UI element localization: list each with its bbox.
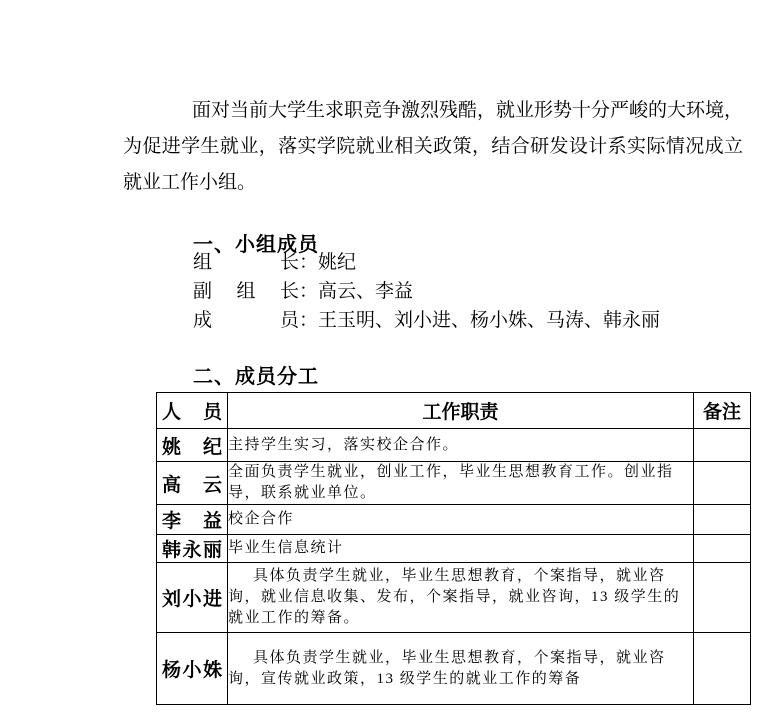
note-cell [694, 563, 751, 633]
header-person: 人员 [157, 393, 228, 429]
duty-cell: 主持学生实习，落实校企合作。 [228, 429, 694, 462]
intro-paragraph: 面对当前大学生求职竞争激烈残酷，就业形势十分严峻的大环境，为促进学生就业，落实学… [123, 93, 743, 201]
colon: ： [299, 310, 318, 331]
role-label: 成员 [193, 306, 299, 335]
member-roles-list: 组长：姚纪 副组长：高云、李益 成员：王玉明、刘小进、杨小姝、马涛、韩永丽 [193, 248, 660, 335]
note-cell [694, 535, 751, 563]
person-cell: 刘小进 [157, 563, 228, 633]
duty-cell: 具体负责学生就业，毕业生思想教育，个案指导，就业咨询，宣传就业政策，13 级学生… [228, 633, 694, 705]
table-row: 杨小姝 具体负责学生就业，毕业生思想教育，个案指导，就业咨询，宣传就业政策，13… [157, 633, 751, 705]
duty-cell: 全面负责学生就业，创业工作，毕业生思想教育工作。创业指导，联系就业单位。 [228, 462, 694, 505]
person-cell: 杨小姝 [157, 633, 228, 705]
person-name: 韩永丽 [162, 535, 222, 562]
role-names: 王玉明、刘小进、杨小姝、马涛、韩永丽 [318, 310, 660, 331]
person-name: 李益 [162, 506, 222, 533]
table-header-row: 人员 工作职责 备注 [157, 393, 751, 429]
note-cell [694, 429, 751, 462]
role-names: 姚纪 [318, 252, 356, 273]
role-line-leader: 组长：姚纪 [193, 248, 660, 277]
person-name: 杨小姝 [162, 655, 222, 682]
person-cell: 李益 [157, 505, 228, 535]
person-name: 姚纪 [162, 432, 222, 459]
role-label: 副组长 [193, 277, 299, 306]
duty-cell: 具体负责学生就业，毕业生思想教育，个案指导，就业咨询，就业信息收集、发布，个案指… [228, 563, 694, 633]
table-row: 高云 全面负责学生就业，创业工作，毕业生思想教育工作。创业指导，联系就业单位。 [157, 462, 751, 505]
table-row: 姚纪 主持学生实习，落实校企合作。 [157, 429, 751, 462]
header-notes: 备注 [694, 393, 751, 429]
header-person-label: 人员 [162, 397, 222, 424]
colon: ： [299, 281, 318, 302]
person-cell: 韩永丽 [157, 535, 228, 563]
role-label: 组长 [193, 248, 299, 277]
note-cell [694, 462, 751, 505]
duty-cell: 校企合作 [228, 505, 694, 535]
section2-heading: 二、成员分工 [193, 360, 319, 389]
table-row: 李益 校企合作 [157, 505, 751, 535]
duty-cell: 毕业生信息统计 [228, 535, 694, 563]
person-name: 刘小进 [162, 584, 222, 611]
role-line-deputy-leader: 副组长：高云、李益 [193, 277, 660, 306]
role-line-members: 成员：王玉明、刘小进、杨小姝、马涛、韩永丽 [193, 306, 660, 335]
header-duties: 工作职责 [228, 393, 694, 429]
role-names: 高云、李益 [318, 281, 413, 302]
table-row: 刘小进 具体负责学生就业，毕业生思想教育，个案指导，就业咨询，就业信息收集、发布… [157, 563, 751, 633]
table-row: 韩永丽 毕业生信息统计 [157, 535, 751, 563]
note-cell [694, 633, 751, 705]
colon: ： [299, 252, 318, 273]
person-name: 高云 [162, 470, 222, 497]
duties-table: 人员 工作职责 备注 姚纪 主持学生实习，落实校企合作。 高云 全面负责学生就业… [156, 392, 751, 705]
person-cell: 姚纪 [157, 429, 228, 462]
note-cell [694, 505, 751, 535]
person-cell: 高云 [157, 462, 228, 505]
document-page: 面对当前大学生求职竞争激烈残酷，就业形势十分严峻的大环境，为促进学生就业，落实学… [0, 0, 758, 715]
